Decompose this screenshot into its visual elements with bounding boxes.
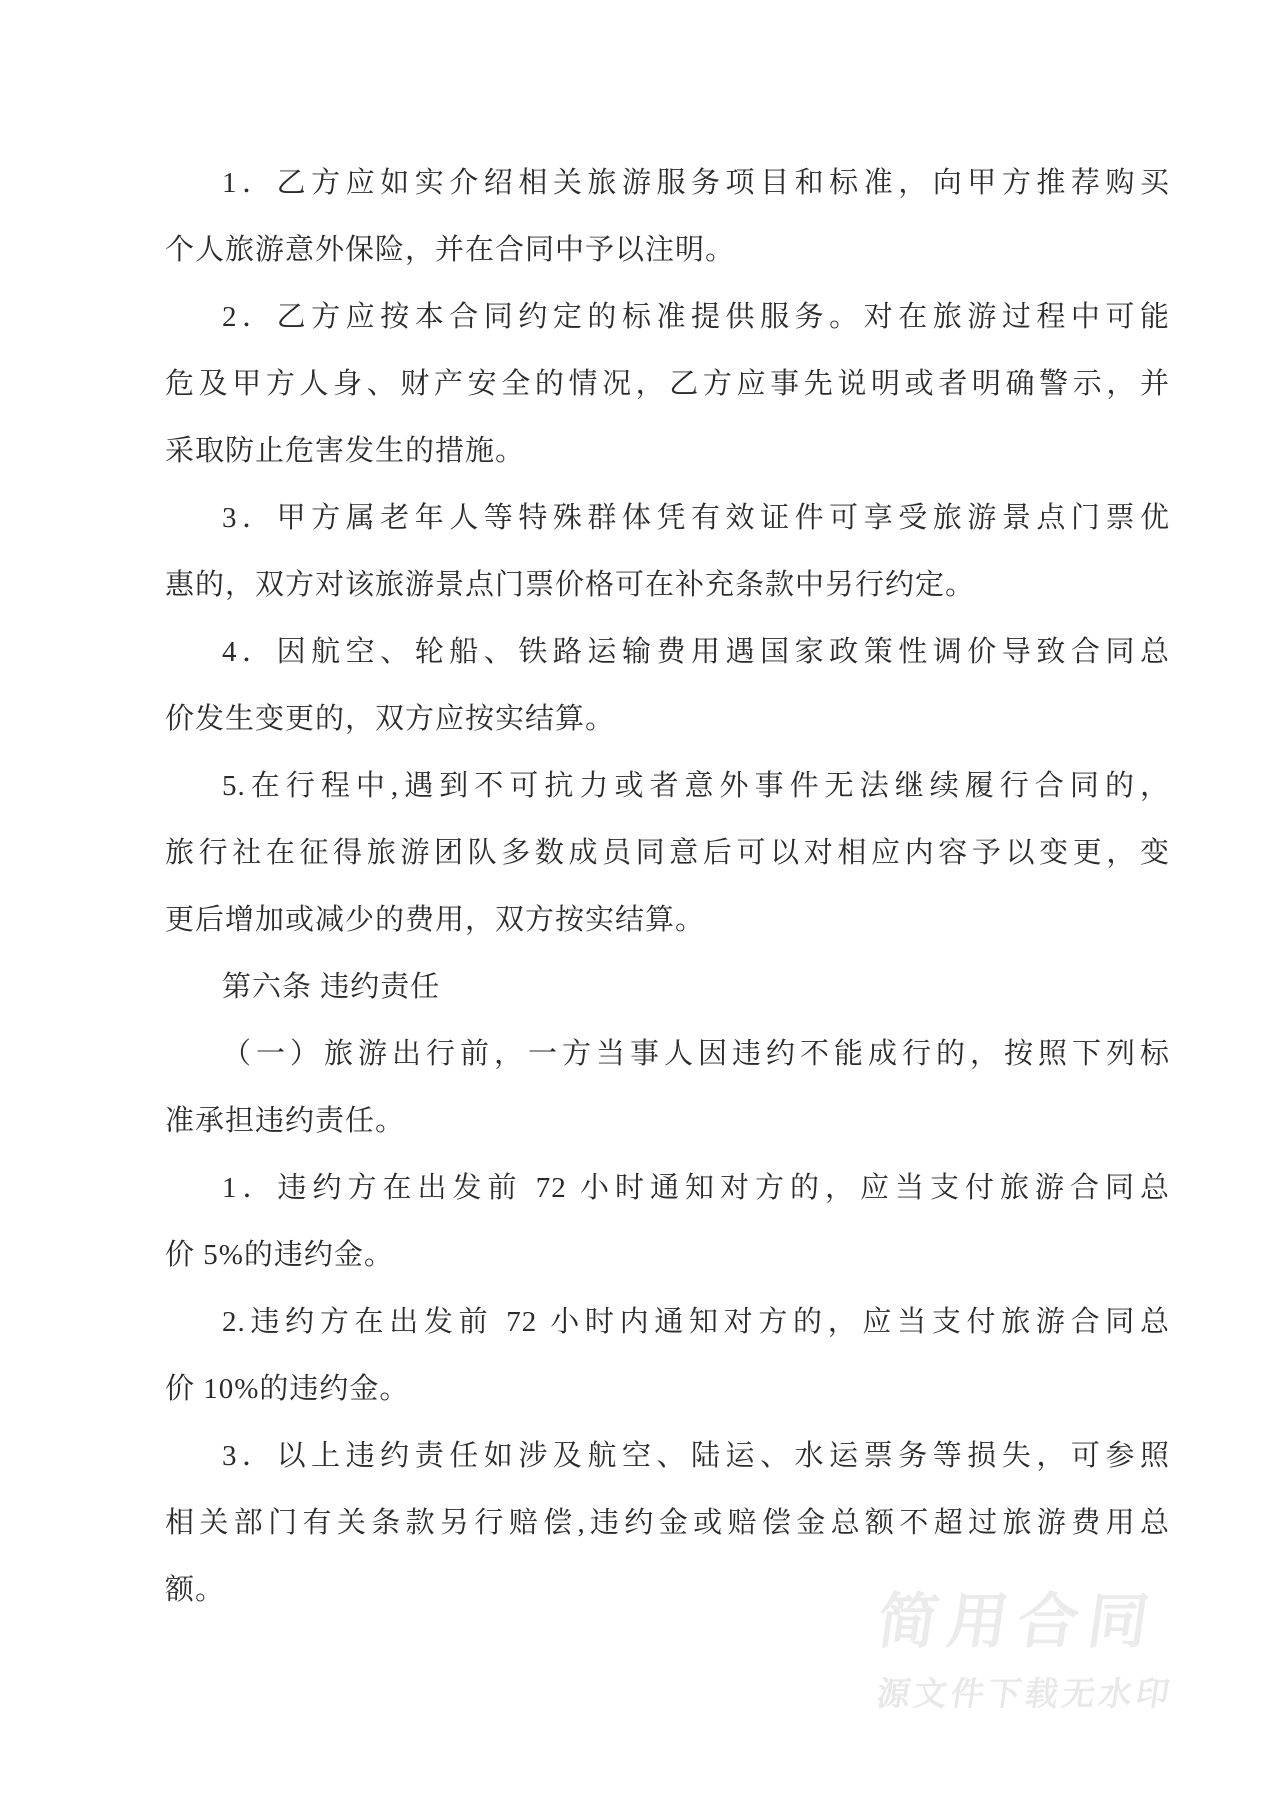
text-line: 5.在行程中,遇到不可抗力或者意外事件无法继续履行合同的， (165, 753, 1170, 820)
text-line: 危及甲方人身、财产安全的情况，乙方应事先说明或者明确警示，并 (165, 351, 1170, 418)
text-line: 旅行社在征得旅游团队多数成员同意后可以对相应内容予以变更，变 (165, 820, 1170, 887)
text-line: 2．乙方应按本合同约定的标准提供服务。对在旅游过程中可能 (165, 284, 1170, 351)
text-line: 1．乙方应如实介绍相关旅游服务项目和标准，向甲方推荐购买 (165, 150, 1170, 217)
text-line: 准承担违约责任。 (165, 1088, 1170, 1155)
watermark-subtitle: 源文件下载无水印 (874, 1674, 1176, 1714)
text-line: 3．以上违约责任如涉及航空、陆运、水运票务等损失，可参照 (165, 1423, 1170, 1490)
text-line: 3．甲方属老年人等特殊群体凭有效证件可享受旅游景点门票优 (165, 485, 1170, 552)
text-line: 个人旅游意外保险，并在合同中予以注明。 (165, 217, 1170, 284)
text-line: 2.违约方在出发前 72 小时内通知对方的，应当支付旅游合同总 (165, 1289, 1170, 1356)
text-line: 价 10%的违约金。 (165, 1356, 1170, 1423)
text-line: （一）旅游出行前，一方当事人因违约不能成行的，按照下列标 (165, 1021, 1170, 1088)
text-line: 价 5%的违约金。 (165, 1222, 1170, 1289)
text-line: 更后增加或减少的费用，双方按实结算。 (165, 887, 1170, 954)
text-line: 价发生变更的，双方应按实结算。 (165, 686, 1170, 753)
text-line: 4．因航空、轮船、铁路运输费用遇国家政策性调价导致合同总 (165, 619, 1170, 686)
text-line: 惠的，双方对该旅游景点门票价格可在补充条款中另行约定。 (165, 552, 1170, 619)
contract-page: 1．乙方应如实介绍相关旅游服务项目和标准，向甲方推荐购买个人旅游意外保险，并在合… (0, 0, 1280, 1810)
text-line: 第六条 违约责任 (165, 954, 1170, 1021)
document-body: 1．乙方应如实介绍相关旅游服务项目和标准，向甲方推荐购买个人旅游意外保险，并在合… (165, 150, 1170, 1624)
text-line: 1．违约方在出发前 72 小时通知对方的，应当支付旅游合同总 (165, 1155, 1170, 1222)
text-line: 相关部门有关条款另行赔偿,违约金或赔偿金总额不超过旅游费用总 (165, 1490, 1170, 1557)
text-line: 额。 (165, 1557, 1170, 1624)
text-line: 采取防止危害发生的措施。 (165, 418, 1170, 485)
